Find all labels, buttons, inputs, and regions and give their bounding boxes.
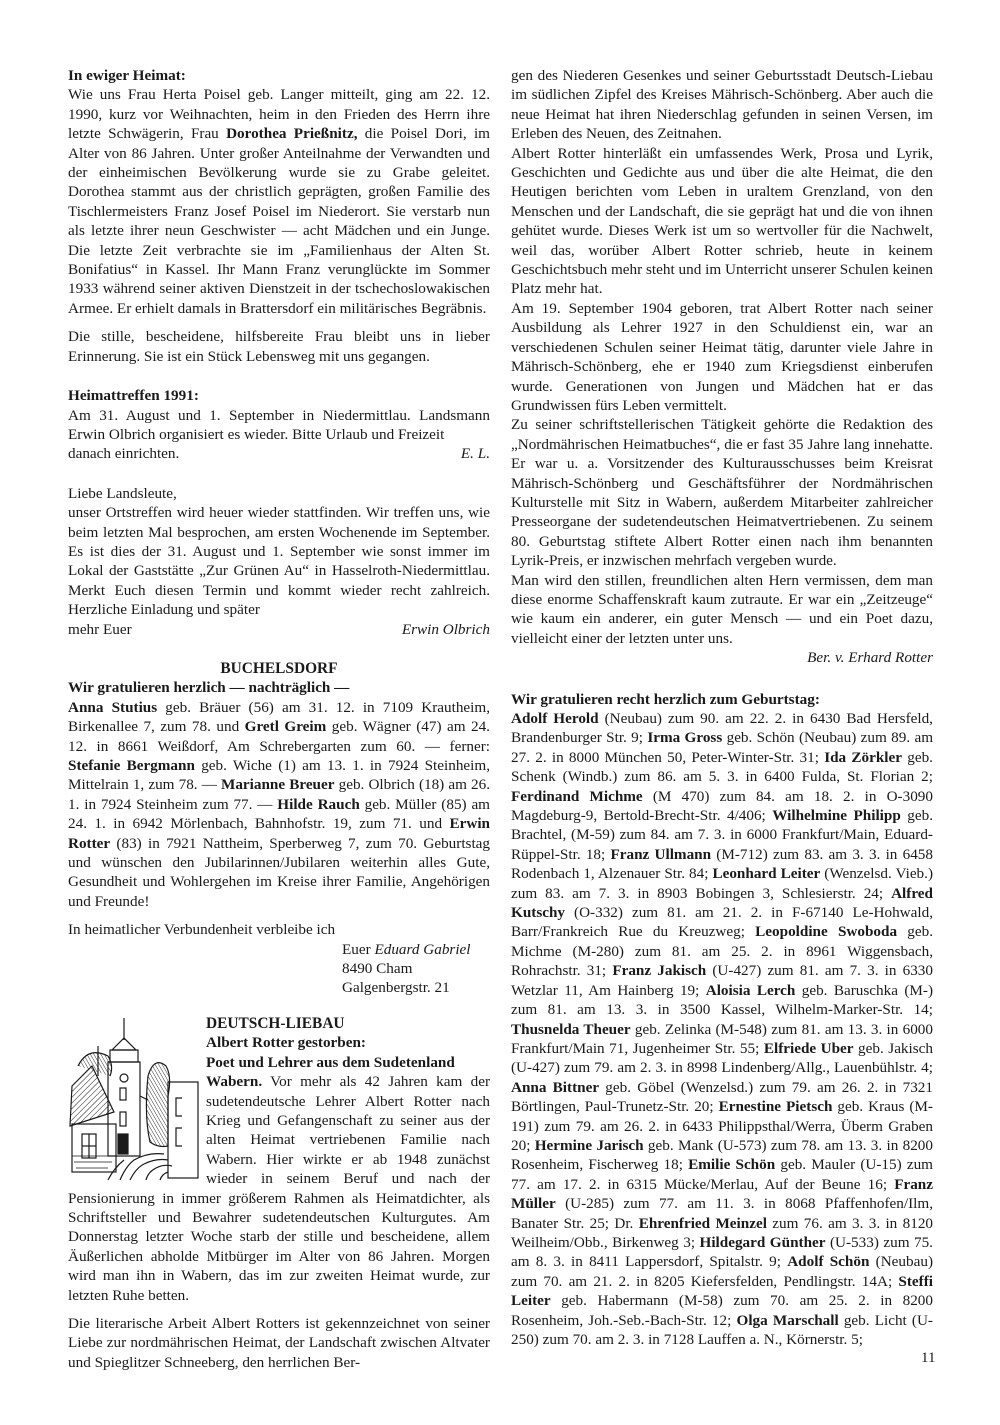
page-number: 11 <box>921 1350 935 1367</box>
person-name: Olga Marschall <box>737 1312 839 1329</box>
person-name: Elfriede Uber <box>764 1040 854 1057</box>
article-deutsch-liebau: DEUTSCH-LIEBAU Albert Rotter gestorben: … <box>68 1014 490 1372</box>
person-name: Ida Zörkler <box>824 749 902 766</box>
person-name: Leonhard Leiter <box>712 865 820 882</box>
continuation-paragraph-3: Am 19. September 1904 geboren, trat Albe… <box>511 299 933 415</box>
heading-buchelsdorf: BUCHELSDORF <box>68 659 490 678</box>
obituary-paragraph: Wie uns Frau Herta Poisel geb. Langer mi… <box>68 85 490 318</box>
sender-address: Euer Eduard Gabriel 8490 Cham Galgenberg… <box>342 940 490 998</box>
birthday-list-geburtstag: Adolf Herold (Neubau) zum 90. am 22. 2. … <box>511 709 933 1349</box>
dateline: Wabern. <box>206 1073 262 1090</box>
person-name: Adolf Schön <box>787 1253 869 1270</box>
article-albert-rotter-continued: gen des Niederen Gesenkes und seiner Geb… <box>511 66 933 668</box>
signature-initials: E. L. <box>461 444 490 463</box>
article-buchelsdorf: BUCHELSDORF Wir gratulieren herzlich — n… <box>68 659 490 998</box>
person-name: Irma Gross <box>647 729 722 746</box>
person-name: Hildegard Günther <box>700 1234 826 1251</box>
person-name: Hilde Rauch <box>277 796 359 813</box>
obituary-closing-paragraph: Die stille, bescheidene, hilfsbereite Fr… <box>68 327 490 366</box>
salutation: Liebe Landsleute, <box>68 484 490 503</box>
person-name: Hermine Jarisch <box>535 1137 644 1154</box>
church-village-illustration <box>68 1016 200 1184</box>
person-name: Franz Jakisch <box>612 962 706 979</box>
continuation-paragraph-1: gen des Niederen Gesenkes und seiner Geb… <box>511 66 933 144</box>
heimattreffen-body: Am 31. August und 1. September in Nieder… <box>68 406 490 445</box>
sender-city: 8490 Cham <box>342 959 490 978</box>
left-column: In ewiger Heimat: Wie uns Frau Herta Poi… <box>68 66 490 1372</box>
right-column: gen des Niederen Gesenkes und seiner Geb… <box>511 66 933 1349</box>
closing-line: In heimatlicher Verbundenheit verbleibe … <box>68 920 490 939</box>
person-name: Stefanie Bergmann <box>68 757 195 774</box>
person-name: Ferdinand Michme <box>511 788 643 805</box>
landsleute-body: unser Ortstreffen wird heuer wieder stat… <box>68 503 490 619</box>
person-name: Anna Stutius <box>68 699 157 716</box>
heading-in-ewiger-heimat: In ewiger Heimat: <box>68 66 490 85</box>
person-name: Anna Bittner <box>511 1079 599 1096</box>
person-name: Adolf Herold <box>511 710 599 727</box>
deceased-name: Dorothea Prießnitz, <box>226 125 357 142</box>
continuation-paragraph-2: Albert Rotter hinterläßt ein umfassendes… <box>511 144 933 299</box>
person-name: Franz Ullmann <box>610 846 711 863</box>
sender-name: Eduard Gabriel <box>374 941 470 958</box>
article-in-ewiger-heimat: In ewiger Heimat: Wie uns Frau Herta Poi… <box>68 66 490 366</box>
heading-geburtstag: Wir gratulieren recht herzlich zum Gebur… <box>511 690 933 709</box>
sender-street: Galgenbergstr. 21 <box>342 978 490 997</box>
person-name: Ehrenfried Meinzel <box>639 1215 767 1232</box>
article-heimattreffen: Heimattreffen 1991: Am 31. August und 1.… <box>68 386 490 464</box>
signature-erwin-olbrich: Erwin Olbrich <box>402 620 490 639</box>
deutsch-liebau-paragraph-2: Die literarische Arbeit Albert Rotters i… <box>68 1314 490 1372</box>
birthday-list-buchelsdorf: Anna Stutius geb. Bräuer (56) am 31. 12.… <box>68 698 490 911</box>
person-name: Leopoldine Swoboda <box>755 923 897 940</box>
person-name: Marianne Breuer <box>221 776 335 793</box>
heading-heimattreffen: Heimattreffen 1991: <box>68 386 490 405</box>
subheading-gratulation: Wir gratulieren herzlich — nachträglich … <box>68 678 490 697</box>
church-sketch-icon <box>68 1016 200 1182</box>
article-geburtstag: Wir gratulieren recht herzlich zum Gebur… <box>511 690 933 1350</box>
continuation-paragraph-5: Man wird den stillen, freundlichen alten… <box>511 571 933 649</box>
heimattreffen-last-line: danach einrichten.E. L. <box>68 444 490 463</box>
continuation-paragraph-4: Zu seiner schriftstellerischen Tätigkeit… <box>511 415 933 570</box>
landsleute-last-line: mehr EuerErwin Olbrich <box>68 620 490 639</box>
person-name: Aloisia Lerch <box>706 982 796 999</box>
person-name: Wilhelmine Philipp <box>772 807 901 824</box>
person-name: Ernestine Pietsch <box>719 1098 833 1115</box>
report-signature: Ber. v. Erhard Rotter <box>511 648 933 667</box>
article-liebe-landsleute: Liebe Landsleute, unser Ortstreffen wird… <box>68 484 490 639</box>
birthday-details: (83) in 7921 Nattheim, Sperberweg 7, zum… <box>68 835 490 910</box>
person-name: Emilie Schön <box>688 1156 775 1173</box>
person-name: Thusnelda Theuer <box>511 1021 631 1038</box>
person-name: Gretl Greim <box>245 718 327 735</box>
